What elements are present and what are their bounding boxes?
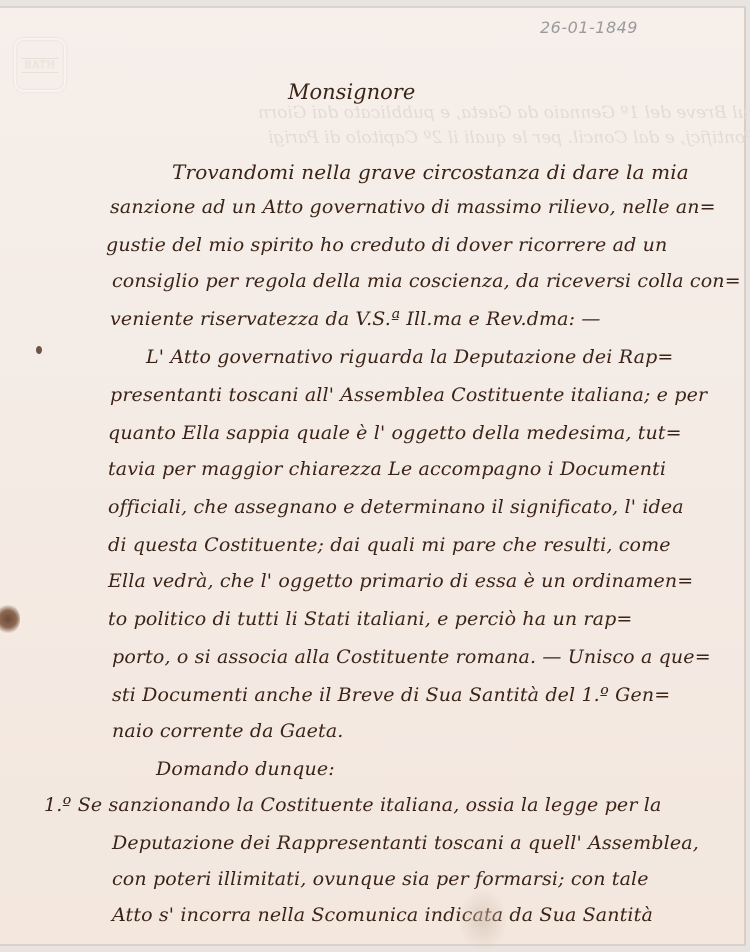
- letter-line: L' Atto governativo riguarda la Deputazi…: [146, 346, 673, 368]
- ink-spot: [36, 346, 42, 354]
- bleed-through-text: sul Breve del 1º Gennaio da Gaeta, e pub…: [258, 103, 750, 123]
- letter-line: sti Documenti anche il Breve di Sua Sant…: [112, 684, 670, 706]
- letter-line: 1.º Se sanzionando la Costituente italia…: [44, 794, 661, 816]
- letter-line: sanzione ad un Atto governativo di massi…: [110, 196, 716, 218]
- letter-line: consiglio per regola della mia coscienza…: [112, 270, 741, 292]
- archive-date: 26-01-1849: [540, 18, 638, 37]
- letter-line: Atto s' incorra nella Scomunica indicata…: [112, 904, 653, 926]
- letter-line: Trovandomi nella grave circostanza di da…: [172, 160, 689, 184]
- letter-line: officiali, che assegnano e determinano i…: [108, 496, 684, 518]
- letter-line: di questa Costituente; dai quali mi pare…: [108, 534, 671, 556]
- salutation: Monsignore: [288, 80, 415, 104]
- letter-line: quanto Ella sappia quale è l' oggetto de…: [108, 422, 682, 444]
- letter-line: Deputazione dei Rappresentanti toscani a…: [112, 832, 699, 854]
- letter-line: veniente riservatezza da V.S.ª Ill.ma e …: [110, 308, 601, 330]
- ink-stain: [0, 604, 20, 634]
- stamp-text: BATH: [22, 58, 57, 73]
- letter-page: BATH 26-01-1849 sul Breve del 1º Gennaio…: [0, 6, 746, 946]
- letter-line: gustie del mio spirito ho creduto di dov…: [106, 234, 667, 256]
- letter-line: tavia per maggior chiarezza Le accompagn…: [108, 458, 666, 480]
- letter-line: to politico di tutti li Stati italiani, …: [108, 608, 633, 630]
- letter-line: presentanti toscani all' Assemblea Costi…: [110, 384, 707, 406]
- embossed-stamp-icon: BATH: [14, 38, 66, 92]
- letter-line: con poteri illimitati, ovunque sia per f…: [112, 868, 649, 890]
- letter-line: porto, o si associa alla Costituente rom…: [112, 646, 711, 668]
- bleed-through-text: nei Pontificj, e dal Concil. per le qual…: [268, 128, 750, 148]
- letter-line: naio corrente da Gaeta.: [112, 720, 344, 742]
- letter-line: Ella vedrà, che l' oggetto primario di e…: [108, 570, 693, 592]
- letter-line: Domando dunque:: [156, 758, 335, 780]
- paper-stain: [458, 888, 508, 952]
